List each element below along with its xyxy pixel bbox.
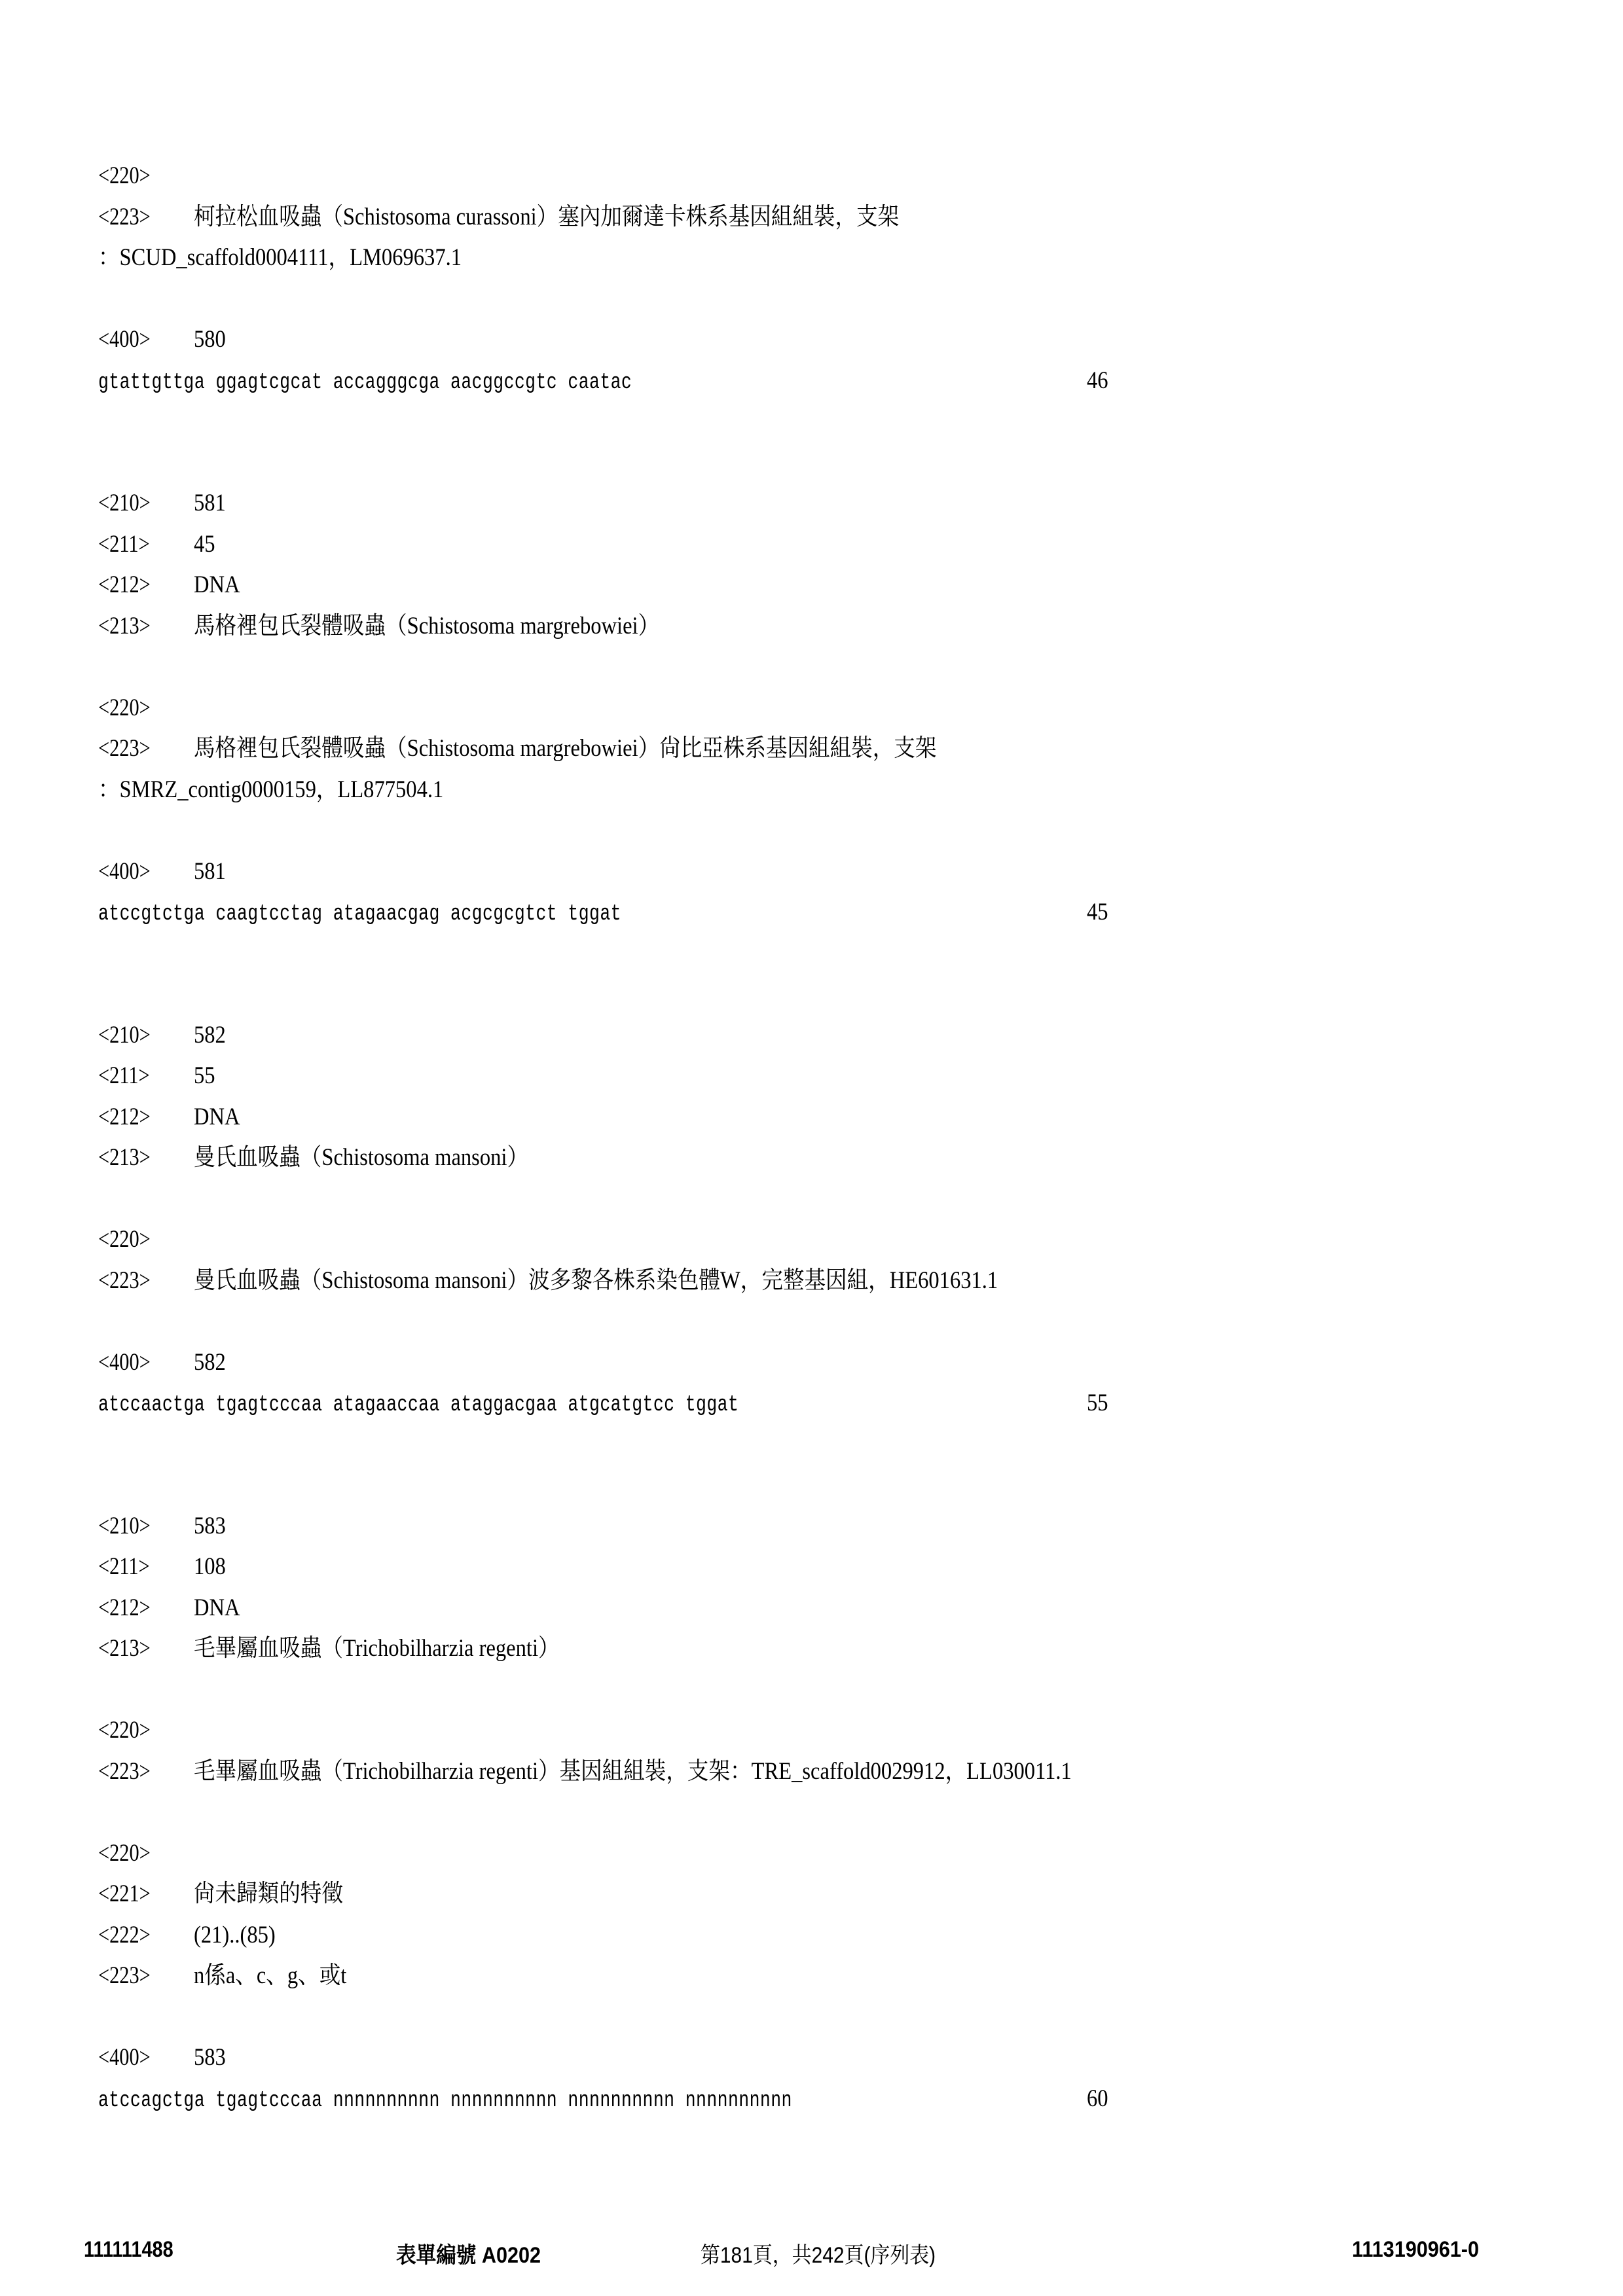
field-223: <223>柯拉松血吸蟲（Schistosoma curassoni）塞內加爾達卡…: [98, 197, 1539, 238]
field-value-continuation: ：SMRZ_contig0000159，LL877504.1: [98, 770, 443, 811]
sequence-line: gtattgttga ggagtcgcat accagggcga aacggcc…: [98, 361, 1539, 402]
field-tag: <210>: [98, 1506, 177, 1547]
form-number: 表單編號 A0202: [396, 2237, 541, 2269]
field-tag: <220>: [98, 1219, 177, 1261]
page-footer: 111111488 表單編號 A0202 第181頁，共242頁(序列表) 11…: [0, 2237, 1623, 2270]
field-220: <220>: [98, 688, 1539, 729]
field-value: 馬格裡包氏裂體吸蟲（Schistosoma margrebowiei）尙比亞株系…: [194, 728, 936, 770]
sequence-text: atccaactga tgagtcccaa atagaaccaa ataggac…: [98, 1385, 739, 1426]
field-tag: <400>: [98, 2037, 177, 2079]
field-210: <210>581: [98, 483, 1539, 524]
field-210: <210>583: [98, 1506, 1539, 1547]
sequence-text: atccgtctga caagtcctag atagaacgag acgcgcg…: [98, 894, 621, 935]
field-value: n係a、c、g、或t: [194, 1956, 346, 1997]
sequence-count: 45: [1087, 892, 1108, 933]
field-value: 580: [194, 319, 226, 361]
field-223: <223>曼氏血吸蟲（Schistosoma mansoni）波多黎各株系染色體…: [98, 1261, 1539, 1302]
field-400: <400>582: [98, 1342, 1539, 1384]
field-tag: <223>: [98, 1751, 177, 1793]
field-tag: <211>: [98, 1056, 177, 1097]
field-value: 581: [194, 852, 226, 893]
field-value: DNA: [194, 565, 240, 606]
field-tag: <220>: [98, 156, 177, 197]
field-220: <220>: [98, 1710, 1539, 1751]
field-223-continuation: ：SMRZ_contig0000159，LL877504.1: [98, 770, 1539, 811]
field-value: 曼氏血吸蟲（Schistosoma mansoni）: [194, 1138, 528, 1179]
sequence-listing-page: <220> <223>柯拉松血吸蟲（Schistosoma curassoni）…: [0, 0, 1623, 2296]
field-tag: <212>: [98, 1097, 177, 1138]
field-value: DNA: [194, 1588, 240, 1629]
field-value: 55: [194, 1056, 215, 1097]
field-220: <220>: [98, 156, 1539, 197]
field-value: 583: [194, 2037, 226, 2079]
field-223: <223>n係a、c、g、或t: [98, 1956, 1539, 1997]
field-223: <223>馬格裡包氏裂體吸蟲（Schistosoma margrebowiei）…: [98, 728, 1539, 770]
field-211: <211>45: [98, 524, 1539, 565]
field-213: <213>毛畢屬血吸蟲（Trichobilharzia regenti）: [98, 1628, 1539, 1670]
sequence-line: atccagctga tgagtcccaa nnnnnnnnnn nnnnnnn…: [98, 2079, 1539, 2120]
field-400: <400>583: [98, 2037, 1539, 2079]
field-212: <212>DNA: [98, 1097, 1539, 1138]
field-value: 毛畢屬血吸蟲（Trichobilharzia regenti）: [194, 1628, 560, 1670]
field-tag: <400>: [98, 852, 177, 893]
field-value: 582: [194, 1342, 226, 1384]
field-223-continuation: ：SCUD_scaffold0004111，LM069637.1: [98, 238, 1539, 279]
field-tag: <212>: [98, 565, 177, 606]
field-222: <222>(21)..(85): [98, 1915, 1539, 1956]
field-tag: <213>: [98, 606, 177, 647]
field-value: 馬格裡包氏裂體吸蟲（Schistosoma margrebowiei）: [194, 606, 659, 647]
field-tag: <400>: [98, 319, 177, 361]
field-value: 柯拉松血吸蟲（Schistosoma curassoni）塞內加爾達卡株系基因組…: [194, 197, 899, 238]
field-value: 尙未歸類的特徵: [194, 1874, 343, 1915]
sequence-count: 55: [1087, 1383, 1108, 1424]
field-value: 581: [194, 483, 226, 524]
sequence-count: 60: [1087, 2079, 1108, 2120]
field-tag: <213>: [98, 1628, 177, 1670]
field-210: <210>582: [98, 1015, 1539, 1056]
sequence-line: atccgtctga caagtcctag atagaacgag acgcgcg…: [98, 892, 1539, 933]
field-212: <212>DNA: [98, 565, 1539, 606]
field-400: <400>580: [98, 319, 1539, 361]
field-tag: <222>: [98, 1915, 177, 1956]
field-tag: <220>: [98, 688, 177, 729]
field-value: 曼氏血吸蟲（Schistosoma mansoni）波多黎各株系染色體W，完整基…: [194, 1261, 998, 1302]
field-tag: <221>: [98, 1874, 177, 1915]
field-220: <220>: [98, 1833, 1539, 1874]
field-212: <212>DNA: [98, 1588, 1539, 1629]
application-number: 1113190961-0: [1352, 2237, 1479, 2263]
page-info: 第181頁，共242頁(序列表): [701, 2237, 936, 2269]
field-211: <211>108: [98, 1547, 1539, 1588]
field-tag: <211>: [98, 1547, 177, 1588]
field-220: <220>: [98, 1219, 1539, 1261]
field-tag: <223>: [98, 197, 177, 238]
field-tag: <210>: [98, 483, 177, 524]
sequence-line: atccaactga tgagtcccaa atagaaccaa ataggac…: [98, 1383, 1539, 1424]
field-value: (21)..(85): [194, 1915, 276, 1956]
field-value: 582: [194, 1015, 226, 1056]
field-tag: <220>: [98, 1833, 177, 1874]
field-value: DNA: [194, 1097, 240, 1138]
field-tag: <223>: [98, 1261, 177, 1302]
field-value: 108: [194, 1547, 226, 1588]
document-id: 111111488: [84, 2237, 173, 2263]
field-213: <213>馬格裡包氏裂體吸蟲（Schistosoma margrebowiei）: [98, 606, 1539, 647]
field-tag: <220>: [98, 1710, 177, 1751]
field-tag: <211>: [98, 524, 177, 565]
field-tag: <213>: [98, 1138, 177, 1179]
sequence-text: atccagctga tgagtcccaa nnnnnnnnnn nnnnnnn…: [98, 2081, 792, 2122]
field-value: 毛畢屬血吸蟲（Trichobilharzia regenti）基因組組裝，支架：…: [194, 1751, 1072, 1793]
field-221: <221>尙未歸類的特徵: [98, 1874, 1539, 1915]
field-223: <223>毛畢屬血吸蟲（Trichobilharzia regenti）基因組組…: [98, 1751, 1539, 1793]
field-value: 583: [194, 1506, 226, 1547]
field-tag: <400>: [98, 1342, 177, 1384]
field-tag: <210>: [98, 1015, 177, 1056]
field-tag: <212>: [98, 1588, 177, 1629]
sequence-listing-content: <220> <223>柯拉松血吸蟲（Schistosoma curassoni）…: [98, 156, 1539, 2119]
field-211: <211>55: [98, 1056, 1539, 1097]
field-value: 45: [194, 524, 215, 565]
field-tag: <223>: [98, 728, 177, 770]
sequence-text: gtattgttga ggagtcgcat accagggcga aacggcc…: [98, 363, 632, 404]
sequence-count: 46: [1087, 361, 1108, 402]
field-213: <213>曼氏血吸蟲（Schistosoma mansoni）: [98, 1138, 1539, 1179]
field-tag: <223>: [98, 1956, 177, 1997]
field-400: <400>581: [98, 852, 1539, 893]
field-value-continuation: ：SCUD_scaffold0004111，LM069637.1: [98, 238, 462, 279]
